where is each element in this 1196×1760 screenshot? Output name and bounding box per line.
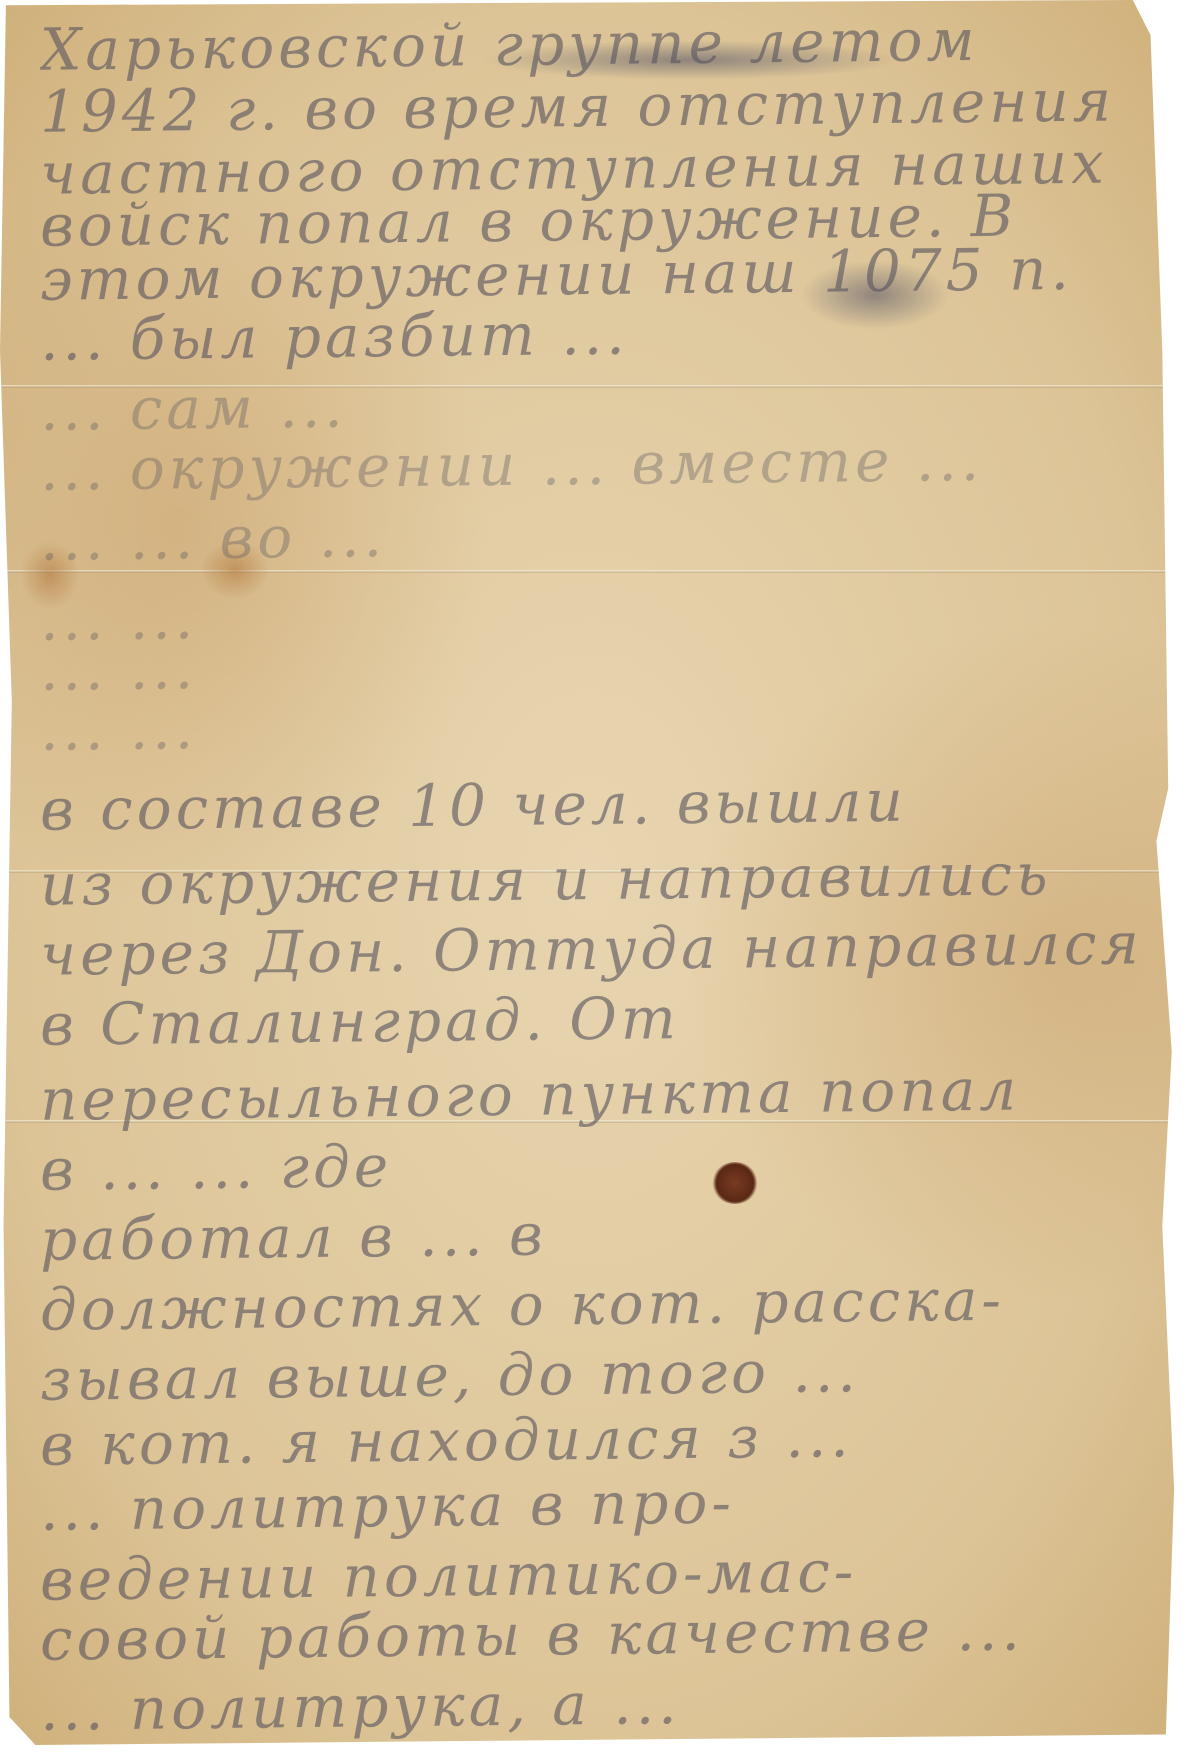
letter-line: работал в ... в xyxy=(40,1194,1151,1274)
letter-line: должностях о кот. расска- xyxy=(40,1264,1151,1344)
letter-line: ... был разбит ... xyxy=(40,294,1151,374)
letter-line: совой работы в качестве ... xyxy=(40,1594,1151,1674)
letter-line: пересыльного пункта попал xyxy=(40,1054,1151,1134)
letter-line: ... политрука, а ... xyxy=(40,1664,1151,1744)
letter-line: в составе 10 чел. вышли xyxy=(40,764,1151,844)
letter-line: через Дон. Оттуда направился xyxy=(40,909,1151,989)
letter-line: ... окружении ... вместе ... xyxy=(40,424,1151,504)
letter-line: в Сталинград. От xyxy=(40,979,1151,1059)
letter-line: ... политрука в про- xyxy=(40,1464,1151,1544)
letter-line: в ... ... где xyxy=(40,1124,1151,1204)
letter-line: из окружения и направились xyxy=(40,839,1151,919)
letter-line: ... ... xyxy=(40,684,1151,764)
letter-line: ... ... во ... xyxy=(40,494,1151,574)
letter-paper: Харьковской группе летом 1942 г. во врем… xyxy=(0,0,1180,1752)
